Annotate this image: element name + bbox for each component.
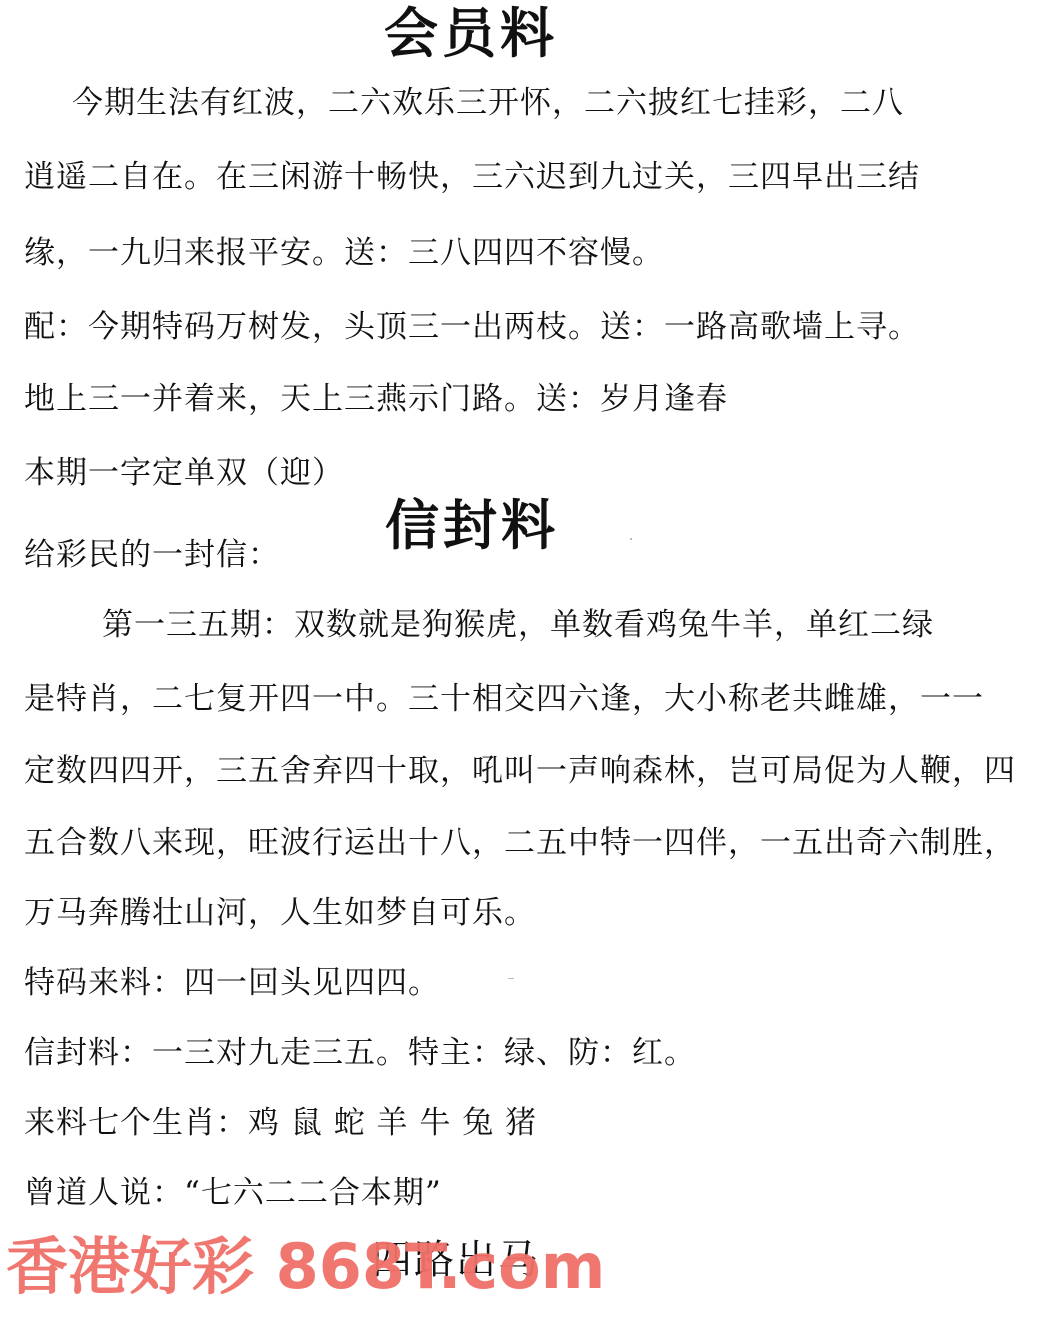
zodiac-line: 来料七个生肖：鸡 鼠 蛇 羊 牛 兔 猪 [24,1108,537,1139]
envelope-pick-line: 信封料：一三对九走三五。特主：绿、防：红。 [24,1038,696,1069]
single-double-pick: 本期一字定单双（迎） [24,458,344,489]
watermark: 香港好彩 868T.com [6,1236,605,1298]
letter-intro: 给彩民的一封信： [24,540,280,571]
scan-speck [508,978,514,979]
member-text-line: 配：今期特码万树发，头顶三一出两枝。送：一路高歌墙上寻。 [24,312,920,343]
member-text-line: 缘，一九归来报平安。送：三八四四不容慢。 [24,238,664,269]
quote-line: 曾道人说：“七六二二合本期” [24,1178,442,1209]
member-text-line: 逍遥二自在。在三闲游十畅快，三六迟到九过关，三四早出三结 [24,162,920,193]
envelope-text-line: 第一三五期：双数就是狗猴虎，单数看鸡兔牛羊，单红二绿 [102,610,934,641]
member-text-line: 地上三一并着来，天上三燕示门路。送：岁月逢春 [24,384,728,415]
envelope-text-line: 五合数八来现，旺波行运出十八，二五中特一四伴，一五出奇六制胜， [24,828,1016,859]
member-section-title: 会员料 [384,6,558,60]
envelope-section-title: 信封料 [385,498,559,552]
envelope-text-line: 是特肖，二七复开四一中。三十相交四六逢，大小称老共雌雄，一一 [24,684,984,715]
envelope-text-line: 万马奔腾壮山河，人生如梦自可乐。 [24,898,536,929]
scan-speck [630,538,632,540]
member-text-line: 今期生法有红波，二六欢乐三开怀，二六披红七挂彩，二八 [72,88,904,119]
envelope-text-line: 定数四四开，三五舍弃四十取，吼叫一声响森林，岂可局促为人鞭，四 [24,756,1016,787]
special-code-line: 特码来料：四一回头见四四。 [24,968,440,999]
